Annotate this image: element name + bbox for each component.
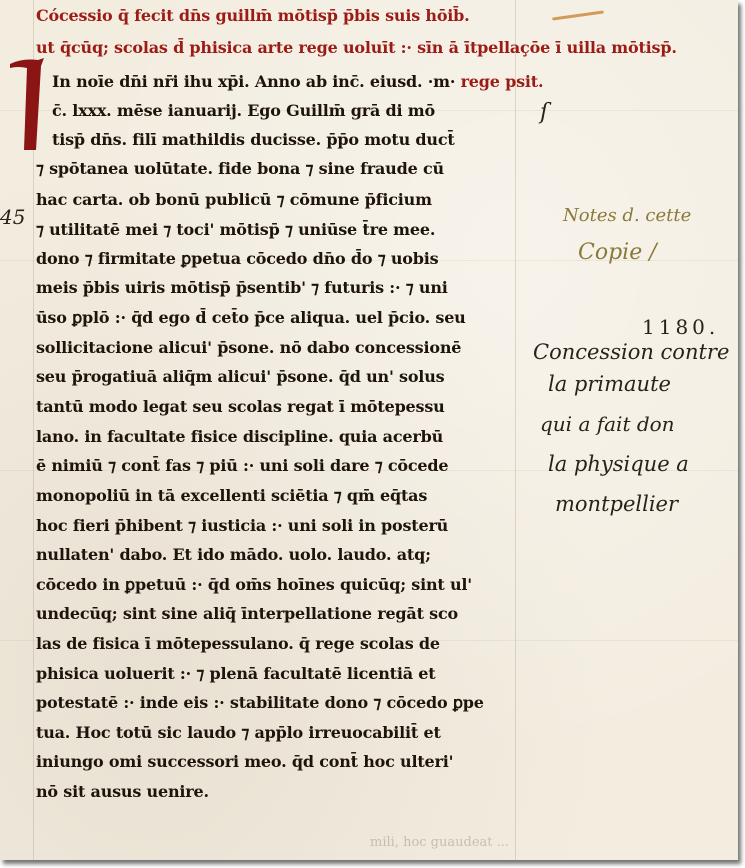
olive-margin-note-line: Notes d. cette (563, 205, 691, 226)
cursive-margin-note-line: la physique a (548, 452, 689, 476)
rubric-line: Cócessio q̄ fecit dn̄s guillm̄ mōtisp̄ p… (36, 4, 470, 28)
olive-margin-note-line: Copie / (578, 240, 657, 265)
cursive-margin-note-line: Concession contre (533, 340, 729, 364)
text-line: monopoliū in tā excellenti sciētia ⁊ qm̄… (36, 484, 427, 508)
ink-stroke-mark (552, 10, 604, 20)
text-line: ūso ꝑplō :· q̄d ego d̄ cet̄o p̄ce aliqua… (36, 306, 466, 330)
text-line: In noīe dn̄i nr̄i ihu xp̄i. Anno ab inc̄… (52, 70, 543, 94)
folio-number-note: 45 (0, 205, 25, 229)
text-line: tua. Hoc totū sic laudo ⁊ app̄lo irreuoc… (36, 721, 441, 745)
text-line: undecūq; sint sine aliq̄ īnterpellatione… (36, 602, 458, 626)
text-line: sollicitacione alicui' p̄sone. nō dabo c… (36, 336, 461, 360)
text-line: potestatē :· inde eis :· stabilitate don… (36, 691, 484, 715)
text-line: ⁊ spōtanea uolūtate. fide bona ⁊ sine fr… (36, 157, 444, 181)
text-line: las de fisica ī mōtepessulano. q̄ rege s… (36, 632, 440, 656)
text-line: hoc fieri p̄hibent ⁊ iusticia :· uni sol… (36, 514, 448, 538)
text-line: lano. in facultate fisice discipline. qu… (36, 425, 443, 449)
cursive-margin-note-line: qui a fait don (540, 412, 675, 436)
text-line: iniungo omi successori meo. q̄d cont̄ ho… (36, 750, 453, 774)
text-line: dono ⁊ firmitate ꝑpetua cōcedo dn̄o d̄o … (36, 247, 438, 271)
text-line: nō sit ausus uenire. (36, 780, 209, 804)
text-line: tantū modo legat seu scolas regat ī mōte… (36, 395, 445, 419)
cursive-margin-note-line: montpellier (555, 492, 678, 516)
text-line: c̄. lxxx. mēse ianuarij. Ego Guillm̄ grā… (52, 99, 435, 123)
text-line: cōcedo in ꝑpetuū :· q̄d om̄s hoīnes quic… (36, 573, 472, 597)
rubric-tail: rege psit. (461, 72, 544, 91)
text-line: meis p̄bis uiris mōtisp̄ p̄sentib' ⁊ fut… (36, 276, 448, 300)
text-line: tisp̄ dn̄s. filī mathildis ducisse. p̄p̄… (52, 128, 455, 152)
text-line: ⁊ utilitatē mei ⁊ toci' mōtisp̄ ⁊ uniūse… (36, 218, 435, 242)
decorated-initial-letter (8, 58, 54, 153)
ruling-line-right (515, 0, 516, 860)
text-line: hac carta. ob bonū publicū ⁊ cōmune p̄fi… (36, 188, 432, 212)
cursive-margin-note-line: la primaute (548, 372, 671, 396)
text-line: ē nimiū ⁊ cont̄ fas ⁊ piū :· uni soli da… (36, 454, 448, 478)
initial-i-icon (8, 58, 54, 153)
text-line: seu p̄rogatiuā aliq̄m alicui' p̄sone. q̄… (36, 365, 444, 389)
manuscript-page: Cócessio q̄ fecit dn̄s guillm̄ mōtisp̄ p… (0, 0, 738, 860)
rubric-line: ut q̄cūq; scolas d̄ phisica arte rege uo… (36, 36, 677, 60)
small-margin-mark: ſ (540, 100, 548, 125)
year-note: 1180. (642, 315, 719, 339)
faint-bleedthrough-text: mili, hoc guaudeat ... (370, 835, 509, 850)
text-line: nullaten' dabo. Et ido mādo. uolo. laudo… (36, 543, 431, 567)
text-line: phisica uoluerit :· ⁊ plenā facultatē li… (36, 662, 435, 686)
